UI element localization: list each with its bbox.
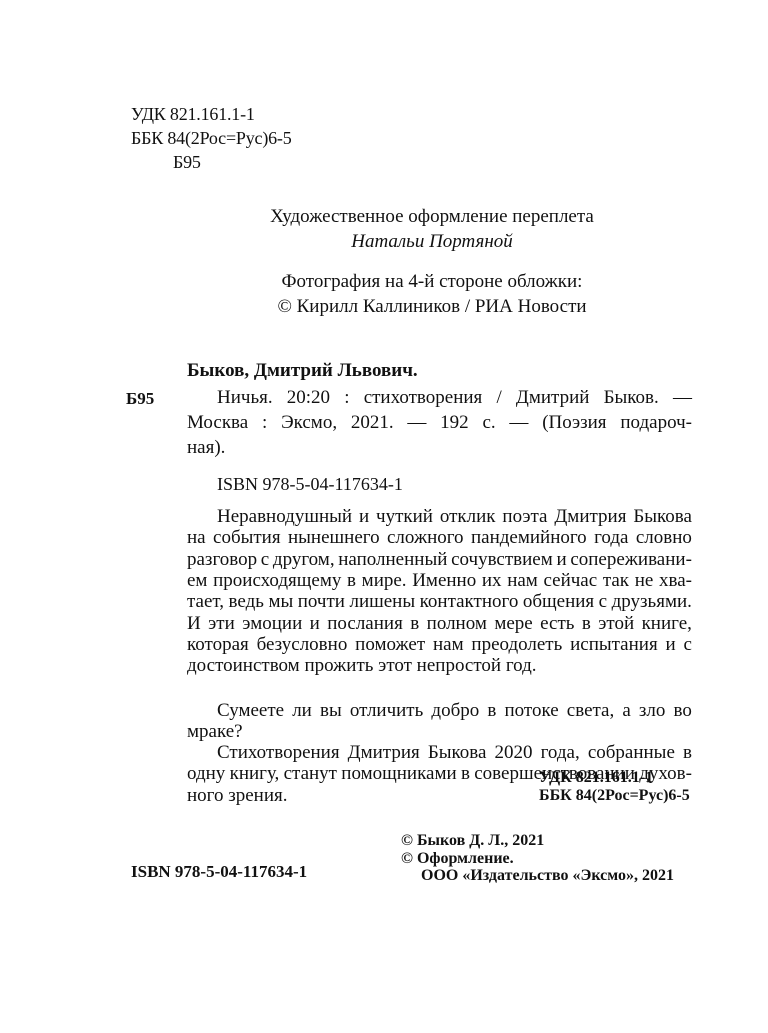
text-line: Иэтиэмоцииипосланиявполноммереестьвэтойк… [187, 613, 692, 635]
udk-code-bottom: УДК 821.161.1-1 [539, 769, 653, 787]
bbk-code-bottom: ББК 84(2Рос=Рус)6-5 [539, 787, 690, 805]
imprint-page: УДК 821.161.1-1 ББК 84(2Рос=Рус)6-5 Б95 … [0, 0, 768, 1033]
udk-code-top: УДК 821.161.1-1 [131, 104, 255, 125]
cover-design-label: Художественное оформление переплета [48, 206, 768, 228]
bbk-code-top: ББК 84(2Рос=Рус)6-5 [131, 128, 292, 149]
author-heading: Быков, Дмитрий Львович. [187, 360, 418, 382]
text-line: Ничья.20:20:стихотворения/ДмитрийБыков.— [217, 387, 692, 409]
text-line: емпроисходящемувмире.Именноихнамсейчаста… [187, 570, 692, 592]
author-sign-entry: Б95 [126, 389, 154, 409]
photo-label: Фотография на 4-й стороне обложки: [48, 271, 768, 293]
copyright-design: © Оформление. [401, 850, 514, 868]
text-line: ного зрения. [187, 785, 288, 807]
text-line: разговорсдругом,наполненныйсочувствиемис… [187, 549, 692, 571]
text-line: НеравнодушныйичуткийоткликпоэтаДмитрияБы… [217, 506, 692, 528]
text-line: мраке? [187, 721, 243, 743]
text-line: насобытиянынешнегосложногопандемийногого… [187, 527, 692, 549]
isbn-footer: ISBN 978-5-04-117634-1 [131, 862, 307, 882]
isbn-entry: ISBN 978-5-04-117634-1 [217, 474, 403, 495]
text-line: Сумеетеливыотличитьдобровпотокесвета,азл… [217, 700, 692, 722]
photo-credit: © Кирилл Каллиников / РИА Новости [48, 296, 768, 318]
cover-designer-name: Натальи Портяной [48, 231, 768, 253]
text-line: котораябезусловнопоможетнампреодолетьисп… [187, 634, 692, 656]
copyright-author: © Быков Д. Л., 2021 [401, 832, 544, 850]
text-line: достоинством прожить этот непростой год. [187, 655, 537, 677]
text-line: тает,ведьмыпочтилишеныконтактногообщения… [187, 591, 692, 613]
copyright-publisher: ООО «Издательство «Эксмо», 2021 [421, 867, 674, 885]
text-line: СтихотворенияДмитрияБыкова2020года,собра… [217, 742, 692, 764]
text-line: ная). [187, 437, 225, 459]
text-line: Москва:Эксмо,2021.—192с.—(Поэзияподароч- [187, 412, 692, 434]
author-sign-top: Б95 [173, 152, 201, 173]
